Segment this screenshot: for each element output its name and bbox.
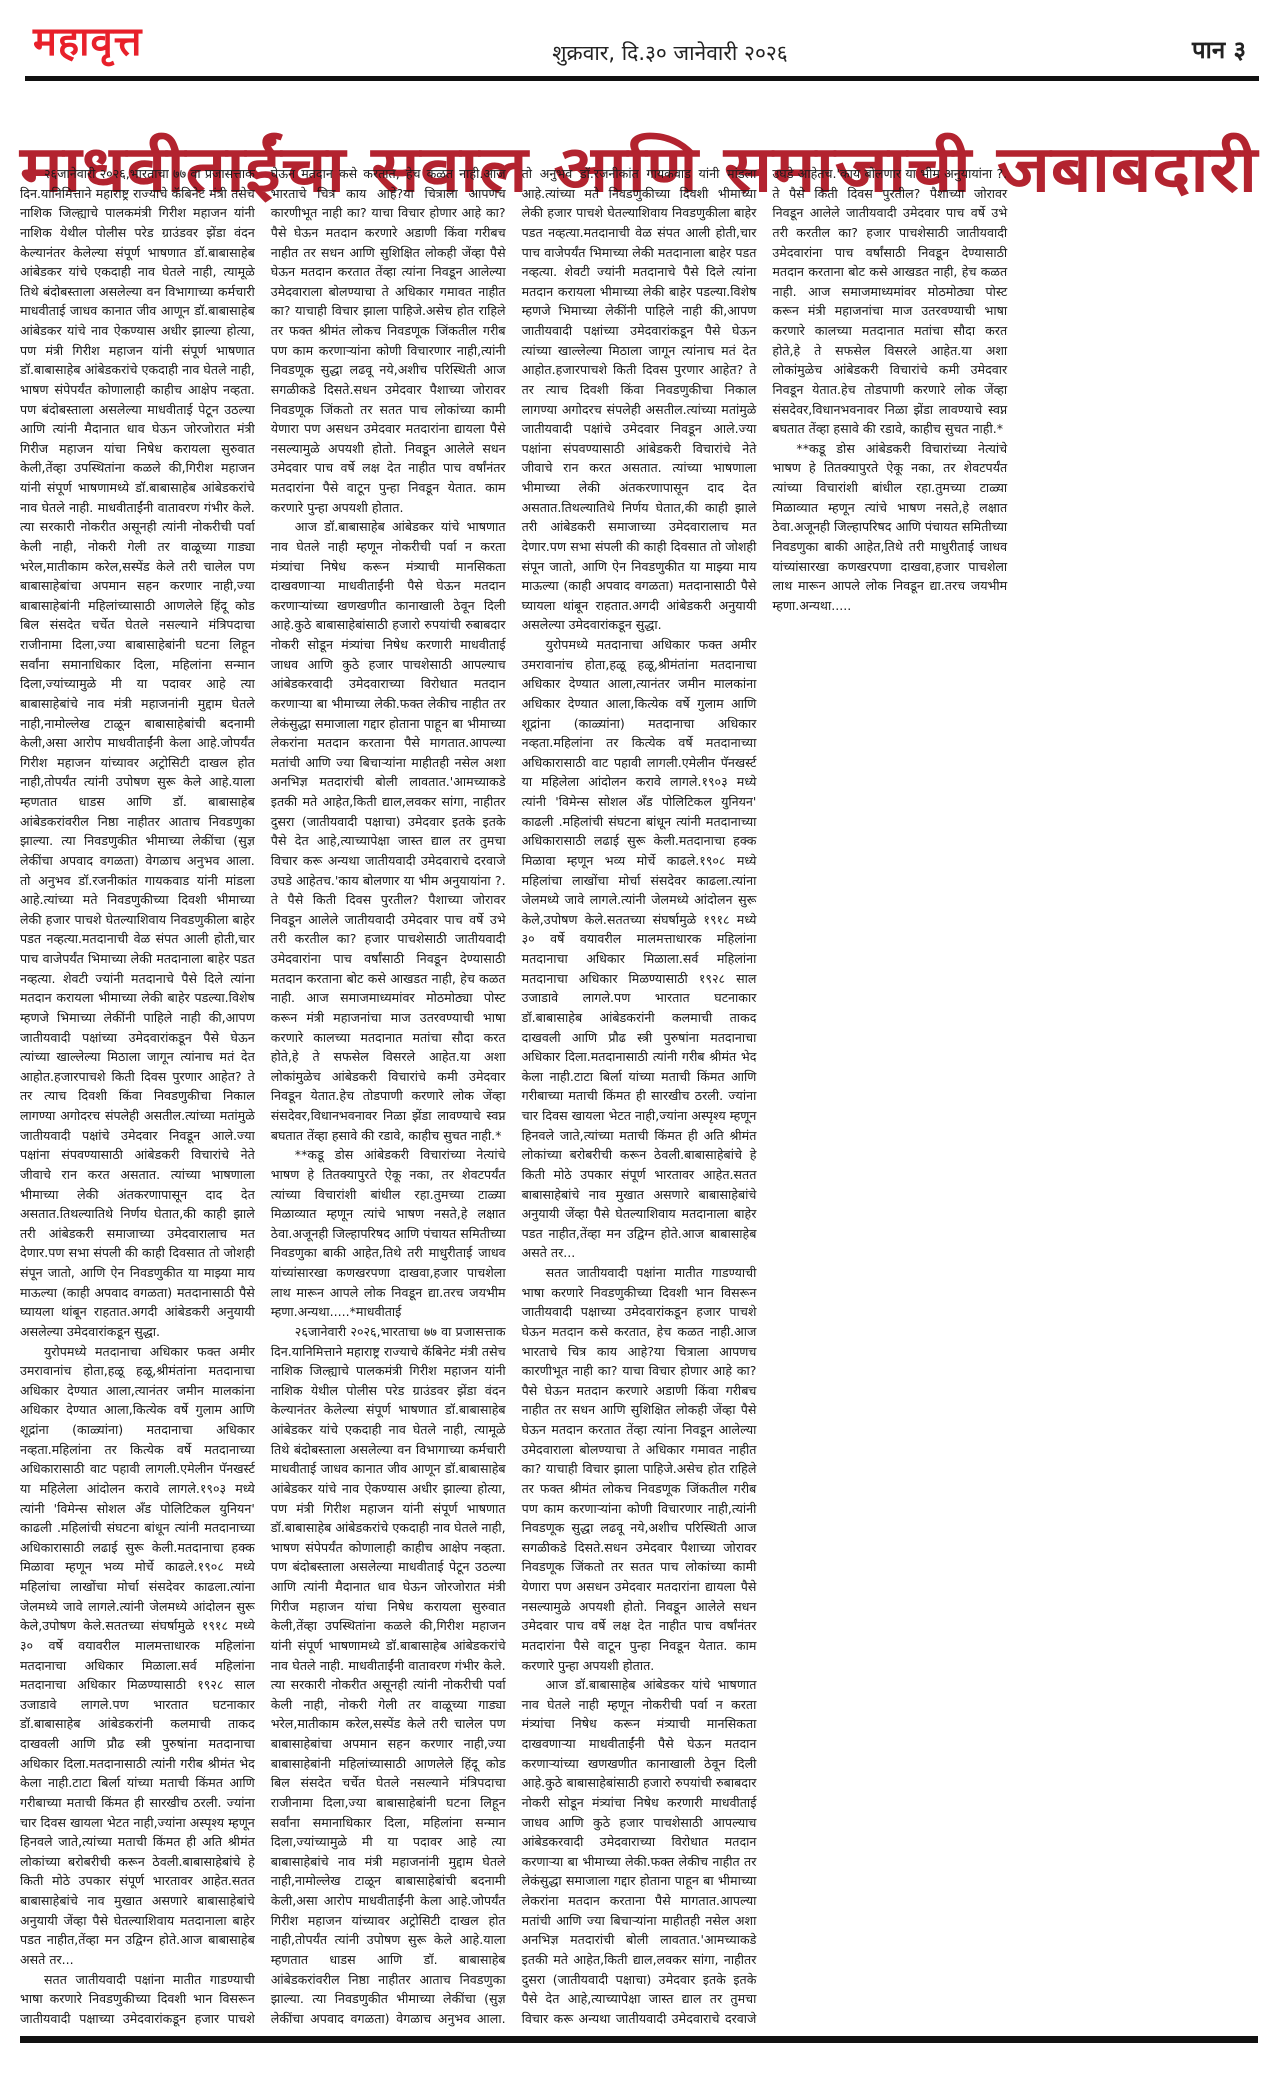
article-paragraph: सतत जातीयवादी पक्षांना मातीत गाडण्याची भ… bbox=[522, 1263, 757, 1675]
page-number: पान ३ bbox=[1192, 36, 1246, 64]
top-rule-divider bbox=[25, 76, 1259, 81]
article-paragraph: आज डॉ.बाबासाहेब आंबेडकर यांचे भाषणात नाव… bbox=[271, 517, 506, 1145]
dateline: शुक्रवार, दि.३० जानेवारी २०२६ bbox=[0, 40, 1280, 66]
article-paragraph: युरोपमध्ये मतदानाचा अधिकार फक्त अमीर उमर… bbox=[20, 1342, 255, 1970]
article-paragraph: **कडू डोस आंबेडकरी विचारांच्या नेत्यांचे… bbox=[772, 439, 1007, 616]
article-paragraph: युरोपमध्ये मतदानाचा अधिकार फक्त अमीर उमर… bbox=[522, 635, 757, 1263]
masthead: महावृत्त शुक्रवार, दि.३० जानेवारी २०२६ प… bbox=[0, 0, 1280, 84]
article-body-columns: २६जानेवारी २०२६,भारताचा ७७ वा प्रजासत्ता… bbox=[20, 164, 1258, 2032]
bottom-rule-divider bbox=[20, 2036, 1258, 2043]
article-paragraph: **कडू डोस आंबेडकरी विचारांच्या नेत्यांचे… bbox=[271, 1145, 506, 1322]
article-paragraph: २६जानेवारी २०२६,भारताचा ७७ वा प्रजासत्ता… bbox=[20, 164, 255, 1342]
